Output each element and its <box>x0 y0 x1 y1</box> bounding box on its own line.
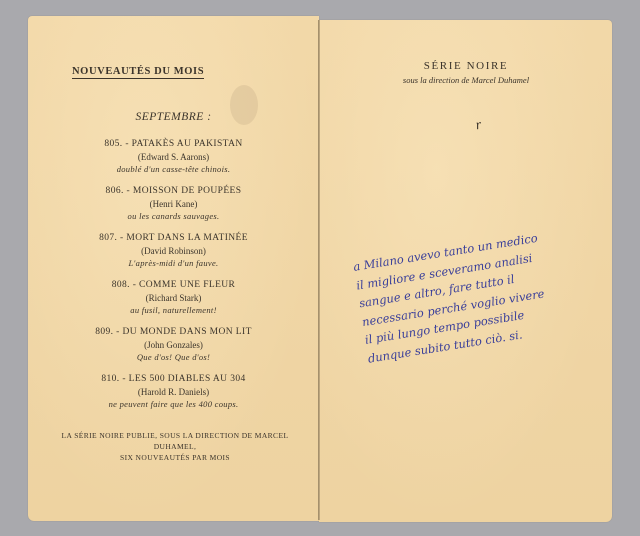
list-item: 808. - COMME UNE FLEUR (Richard Stark) a… <box>28 279 319 317</box>
book-author: (David Robinson) <box>28 245 319 257</box>
book-title: 809. - DU MONDE DANS MON LIT <box>28 326 319 339</box>
release-list: 805. - PATAKÈS AU PAKISTAN (Edward S. Aa… <box>28 138 319 420</box>
book-title: 810. - LES 500 DIABLES AU 304 <box>28 373 319 386</box>
month-label: SEPTEMBRE : <box>28 111 319 123</box>
book-author: (Edward S. Aarons) <box>28 151 319 163</box>
publisher-footer: LA SÉRIE NOIRE PUBLIE, SOUS LA DIRECTION… <box>40 430 310 463</box>
book-tagline: Que d'os! Que d'os! <box>28 351 319 364</box>
list-item: 807. - MORT DANS LA MATINÉE (David Robin… <box>28 232 319 270</box>
list-item: 806. - MOISSON DE POUPÉES (Henri Kane) o… <box>28 185 319 223</box>
list-item: 809. - DU MONDE DANS MON LIT (John Gonza… <box>28 326 319 364</box>
footer-line: LA SÉRIE NOIRE PUBLIE, SOUS LA DIRECTION… <box>40 430 310 452</box>
book-tagline: ou les canards sauvages. <box>28 210 319 223</box>
book-tagline: au fusil, naturellement! <box>28 304 319 317</box>
new-releases-heading: NOUVEAUTÉS DU MOIS <box>72 66 204 79</box>
book-tagline: doublé d'un casse-tête chinois. <box>28 163 319 176</box>
series-subtitle: sous la direction de Marcel Duhamel <box>320 75 612 85</box>
list-item: 805. - PATAKÈS AU PAKISTAN (Edward S. Aa… <box>28 138 319 176</box>
book-author: (Harold R. Daniels) <box>28 386 319 398</box>
book-title: 807. - MORT DANS LA MATINÉE <box>28 232 319 245</box>
series-title: SÉRIE NOIRE <box>320 60 612 72</box>
book-author: (John Gonzales) <box>28 339 319 351</box>
book-tagline: ne peuvent faire que les 400 coups. <box>28 398 319 411</box>
book-tagline: L'après-midi d'un fauve. <box>28 257 319 270</box>
list-item: 810. - LES 500 DIABLES AU 304 (Harold R.… <box>28 373 319 411</box>
book-title: 808. - COMME UNE FLEUR <box>28 279 319 292</box>
footer-line: SIX NOUVEAUTÉS PAR MOIS <box>40 452 310 463</box>
book-title: 805. - PATAKÈS AU PAKISTAN <box>28 138 319 151</box>
book-title: 806. - MOISSON DE POUPÉES <box>28 185 319 198</box>
book-author: (Richard Stark) <box>28 292 319 304</box>
book-author: (Henri Kane) <box>28 198 319 210</box>
